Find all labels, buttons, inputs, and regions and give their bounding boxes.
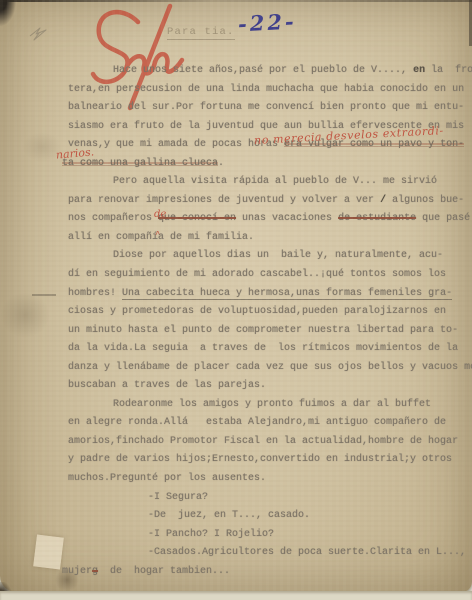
typescript-line: en alegre ronda.Allá estaba Alejandro,mi… [68,414,470,433]
typescript-line: venas,y que mi amada de pocas horas era … [68,136,470,155]
red-margin-correction: narios. [55,143,95,165]
typescript-line: hombres! Una cabecita hueca y hermosa,un… [68,285,470,304]
typescript-line: balneario del sur.Por fortuna me convenc… [68,99,470,118]
typescript-line: buscaban a traves de las parejas. [68,377,470,396]
typescript-line: Pero aquella visita rápida al pueblo de … [68,173,470,192]
typescript-line: y padre de varios hijos;Ernesto,converti… [68,451,470,470]
typescript-line: dí en seguimiento de mi adorado cascabel… [68,266,470,285]
typescript-line: ciosas y prometedoras de voluptuosidad,p… [68,303,470,322]
typescript-line: -De juez, en T..., casado. [68,507,470,526]
paper-stain [0,292,50,338]
typescript: Hace unos siete años,pasé por el pueblo … [68,62,470,581]
page-top-edge [0,0,472,2]
underlying-page-edge [0,591,472,600]
typescript-line: -Casados.Agricultores de poca suerte.Cla… [68,544,470,563]
typescript-line: un minuto hasta el punto de comprometer … [68,322,470,341]
typescript-line: tera,en persecusion de una linda muchach… [68,81,470,100]
typescript-line: para renovar impresiones de juventud y v… [68,192,470,211]
typescript-line: allí en compañía de mi familia. [68,229,470,248]
pencil-mark-icon [26,20,52,46]
typescript-line: Rodearonme los amigos y pronto fuimos a … [68,396,470,415]
typescript-line: amorios,finchado Promotor Fiscal en la a… [68,433,470,452]
typescript-line: narios.ta como una gallina clueca. [62,155,470,174]
page-heading: Para tia. [167,26,235,40]
typescript-line: Hace unos siete años,pasé por el pueblo … [68,62,470,81]
dark-corner-top-left [0,0,16,26]
scanned-page: -22- Para tia. Hace unos siete años,pasé… [0,0,472,592]
typescript-line: danza y llenábame de placer cada vez que… [68,359,470,378]
page-number-handwritten: -22- [237,8,297,36]
typescript-line: da la vida.La seguia a traves de los rít… [68,340,470,359]
typescript-line: nos compañeros de^que conocí en unas vac… [68,210,470,229]
typescript-line: -I Pancho? I Rojelio? [68,526,470,545]
typescript-line: Diose por aquellos dias un baile y, natu… [68,247,470,266]
typescript-line: -I Segura? [68,489,470,508]
typescript-line: mujerg de hogar tambien... [62,563,470,582]
typescript-line: muchos.Pregunté por los ausentes. [68,470,470,489]
margin-dash-mark [32,294,56,296]
